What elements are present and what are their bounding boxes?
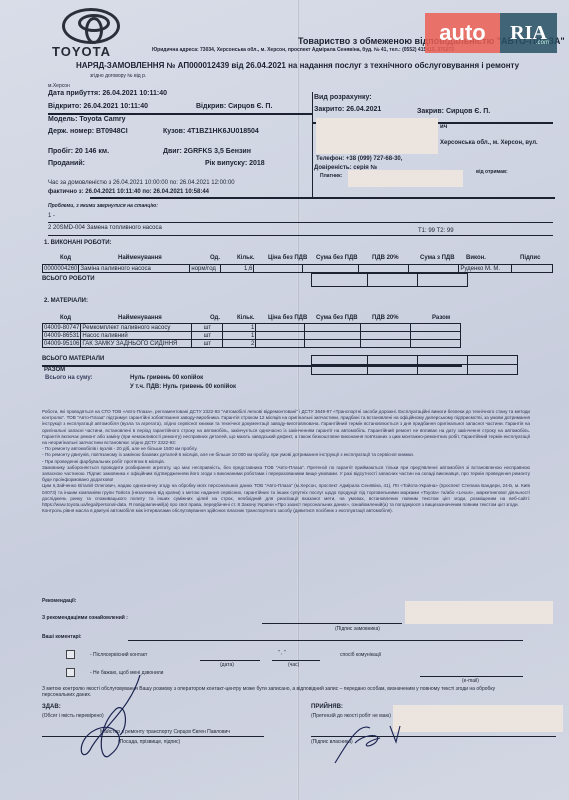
redacted-owner-name (393, 705, 563, 732)
column-header: Код (60, 315, 71, 321)
column-header: Підпис (520, 255, 540, 261)
contract-note: згідно договору № від р. (90, 73, 146, 79)
table-cell: Насос паливний (81, 332, 192, 340)
acknowledged-label: З рекомендаціями ознайомлений : (42, 615, 128, 621)
payment-type: Вид розрахунку: (314, 94, 372, 101)
table-cell: 04009-95106 (43, 340, 81, 348)
city: м.Херсон (48, 83, 70, 89)
rule (48, 235, 553, 236)
materials-total-cells (311, 355, 518, 375)
time-caption: (час) (288, 662, 299, 668)
opened-date: Відкрито: 26.04.2021 10:11:40 (48, 103, 148, 110)
column-header: Кільк. (237, 255, 255, 261)
table-cell (411, 340, 461, 348)
table-cell (512, 265, 553, 273)
terms-block: Роботи, які проводяться на СТО ТОВ «Авто… (42, 409, 530, 514)
column-header: Сума без ПДВ (316, 255, 358, 261)
materials-table: 04009-80747Ремкомплект паливного насосуш… (42, 323, 461, 348)
problem-line-2: 2 20SMD-004 Замена топливного насоса (48, 225, 162, 231)
table-cell (361, 332, 411, 340)
table-cell (303, 265, 359, 273)
table-cell: 1 (223, 324, 256, 332)
table-cell: 1,6 (221, 265, 254, 273)
date-caption: (дата) (220, 662, 234, 668)
total-sum-label: Всього на суму: (45, 375, 93, 381)
signature-line (262, 623, 402, 624)
customer-name-suffix: ич (440, 124, 447, 130)
service-order-document: TOYOTA Товариство з обмеженою відповідал… (0, 0, 569, 800)
redacted-customer-name (316, 118, 438, 154)
column-header: Ціна без ПДВ (268, 315, 307, 321)
column-header: Викон. (466, 255, 486, 261)
table-cell (305, 324, 361, 332)
comments-label: Ваші коментарі: (42, 634, 82, 640)
table-cell: шт (192, 332, 223, 340)
column-header: Ціна без ПДВ (268, 255, 307, 261)
table-cell: ГАК ЗАМКУ ЗАДНЬОГО СИДІННЯ (81, 340, 192, 348)
customer-address: Херсонська обл., м. Херсон, вул. (440, 140, 538, 146)
table-cell: 2 (223, 340, 256, 348)
time-placeholder: " , " (278, 650, 286, 656)
table-row: 0000004260Заміна паливного насосанорм/го… (43, 265, 553, 273)
table-row: 04009-80747Ремкомплект паливного насосуш… (43, 324, 461, 332)
vehicle-mileage: Пробіг: 20 146 км. (48, 148, 109, 155)
table-cell (359, 265, 409, 273)
rule (48, 222, 553, 223)
column-header: Од. (210, 315, 220, 321)
column-header: Сума з ПДВ (420, 255, 455, 261)
redacted-customer-signature (405, 601, 553, 624)
grand-total-label: РАЗОМ (44, 367, 65, 373)
column-header: Найменування (118, 315, 162, 321)
terms-disassembly: Замовнику забороняється проводити розбир… (42, 465, 530, 484)
customer-signature-caption: (Підпис замовника) (335, 626, 380, 632)
terms-personal-data: Цим я,Зайченко Віталій Олегович, надаю о… (42, 483, 530, 508)
closed-by: Закрив: Сирцов Є. П. (417, 108, 490, 115)
t-codes: T1: 99 T2: 99 (418, 228, 454, 234)
autoria-watermark-ria: RIA (500, 13, 557, 53)
arrival-date: Дата прибуття: 26.04.2021 10:11:40 (48, 90, 167, 97)
recommendations-label: Рекомендації: (42, 598, 76, 604)
table-cell (411, 324, 461, 332)
vehicle-sold: Проданий: (48, 160, 85, 167)
handed-over-label: ЗДАВ: (42, 704, 61, 710)
accepted-label: ПРИЙНЯВ: (311, 704, 343, 710)
redacted-payer (348, 170, 463, 187)
column-header: Найменування (118, 255, 162, 261)
autoria-watermark-auto: auto (425, 13, 500, 53)
table-cell: 0000004260 (43, 265, 79, 273)
column-header: Кільк. (237, 315, 255, 321)
column-header: Сума без ПДВ (316, 315, 358, 321)
table-cell (411, 332, 461, 340)
table-cell: Руденко М. М. (459, 265, 512, 273)
comm-method-label: спосіб комунікації (340, 652, 381, 658)
email-line (420, 676, 523, 677)
column-header: Разом (432, 315, 450, 321)
table-cell (256, 340, 305, 348)
column-header: ПДВ 20% (372, 315, 399, 321)
terms-oil-control: Контроль рівня масла в двигуні автомобіл… (42, 508, 530, 514)
table-cell (361, 324, 411, 332)
header-divider (312, 92, 313, 197)
table-cell: Ремкомплект паливного насосу (81, 324, 192, 332)
table-cell (305, 340, 361, 348)
time-line (272, 660, 320, 661)
table-cell: 1 (223, 332, 256, 340)
customer-phone: Телефон: +38 (099) 727-68-30, (316, 156, 402, 162)
table-cell (256, 324, 305, 332)
total-sum-amount: Нуль гривень 00 копійок (130, 375, 203, 381)
table-row: 04009-95106ГАК ЗАМКУ ЗАДНЬОГО СИДІННЯшт2 (43, 340, 461, 348)
works-total-label: ВСЬОГО РОБОТИ (42, 276, 95, 282)
owner-signature-scribble (330, 718, 410, 768)
date-line (200, 660, 260, 661)
materials-section-title: 2. МАТЕРІАЛИ: (44, 298, 88, 304)
rule (48, 113, 313, 115)
post-service-contact-checkbox[interactable] (66, 650, 75, 659)
toyota-emblem-icon (62, 8, 120, 44)
comments-line (128, 640, 523, 641)
master-signature-scribble (70, 670, 160, 770)
table-cell (361, 340, 411, 348)
table-cell (254, 265, 303, 273)
works-total-cells (311, 273, 468, 287)
table-row: 04009-86531Насос паливнийшт1 (43, 332, 461, 340)
problems-label: Проблеми, з якими звернулися на станцію: (48, 203, 158, 209)
autoria-watermark-com: .com (536, 40, 549, 46)
total-vat: У т.ч. ПДВ: Нуль гривень 00 копійок (130, 384, 236, 390)
payer-label: Платник: (320, 173, 342, 179)
table-cell (305, 332, 361, 340)
vehicle-body: Кузов: 4T1BZ1HK6JU018504 (163, 128, 259, 135)
table-cell: шт (192, 340, 223, 348)
post-service-contact-label: - Післясервісний контакт (90, 652, 147, 658)
paper-fold (297, 0, 300, 800)
table-cell (256, 332, 305, 340)
table-cell: шт (192, 324, 223, 332)
terms-warranty: Роботи, які проводяться на СТО ТОВ «Авто… (42, 409, 530, 446)
table-cell (409, 265, 459, 273)
order-title: НАРЯД-ЗАМОВЛЕННЯ № АП000012439 від 26.04… (76, 61, 519, 70)
closed-date: Закрито: 26.04.2021 (314, 106, 381, 113)
vehicle-year: Рік випуску: 2018 (205, 160, 265, 167)
opened-by: Відкрив: Сирцов Є. П. (196, 103, 272, 110)
scheduled-time: Час за домовленістю з 26.04.2021 10:00:0… (48, 180, 235, 186)
actual-time: фактично з: 26.04.2021 10:11:40 по: 26.0… (48, 189, 209, 195)
vehicle-plate: Держ. номер: ВТ0948СІ (48, 128, 128, 135)
works-section-title: 1. ВИКОНАНІ РОБОТИ: (44, 240, 112, 246)
vehicle-engine: Двиг: 2GRFKS 3,5 Бензин (163, 148, 251, 155)
materials-total-label: ВСЬОГО МАТЕРІАЛИ (42, 356, 104, 362)
works-table: 0000004260Заміна паливного насосанорм/го… (42, 264, 553, 273)
table-cell: 04009-86531 (43, 332, 81, 340)
column-header: Од. (210, 255, 220, 261)
column-header: Код (60, 255, 71, 261)
rule (90, 197, 555, 199)
table-cell: норм/год (190, 265, 221, 273)
table-cell: Заміна паливного насоса (79, 265, 190, 273)
received-from: від отримав: (476, 169, 508, 175)
problem-line-1: 1 - (48, 213, 55, 219)
vehicle-model: Модель: Toyota Camry (48, 116, 126, 123)
email-caption: (e-mail) (462, 678, 479, 684)
column-header: ПДВ 20% (372, 255, 399, 261)
brand-logo-text: TOYOTA (52, 44, 111, 59)
table-cell: 04009-80747 (43, 324, 81, 332)
